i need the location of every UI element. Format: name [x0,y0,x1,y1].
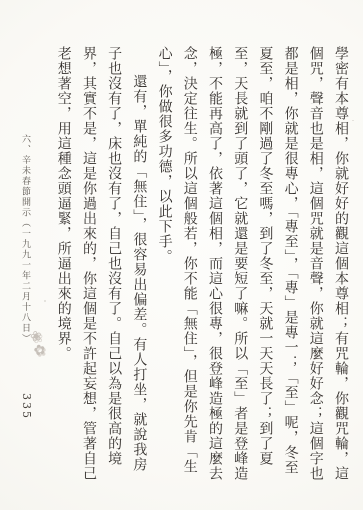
page-number: 335 [20,393,33,420]
paragraph: 還有，單純的「無住」，很容易出偏差。有人打坐，就說我房子也沒有了，床也沒有了，自… [51,46,152,486]
main-text-block: 學密有本尊相，你就好好的觀這個本尊相；有咒輪，你觀咒輪，這個咒，聲音也是相，這個… [50,46,353,486]
paragraph: 學密有本尊相，你就好好的觀這個本尊相；有咒輪，你觀咒輪，這個咒，聲音也是相，這個… [151,46,353,486]
scan-speck [352,120,354,121]
scan-speck [44,300,46,302]
flower-stamp-icon: ❀✿ [10,328,48,363]
section-running-title: 六、辛未春節開示（一九九一年二月十八日） [19,134,32,344]
book-page-scan: 學密有本尊相，你就好好的觀這個本尊相；有咒輪，你觀咒輪，這個咒，聲音也是相，這個… [0,0,363,510]
